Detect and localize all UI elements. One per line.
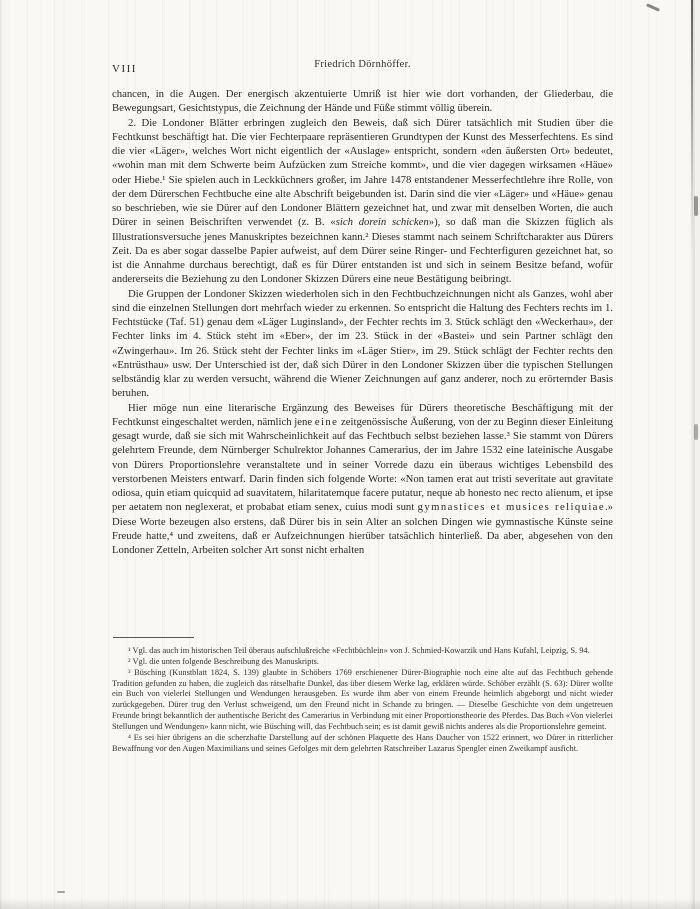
page-header: VIII Friedrich Dörnhöffer. <box>112 59 613 75</box>
main-text-block: chancen, in die Augen. Der energisch akz… <box>112 87 613 557</box>
scan-artifact-speck <box>646 3 660 11</box>
paragraph-2-londoner-blaetter: 2. Die Londoner Blätter erbringen zuglei… <box>112 116 613 287</box>
paragraph-gruppen-der-skizzen: Die Gruppen der Londoner Skizzen wiederh… <box>112 287 613 401</box>
footnote-1: ¹ Vgl. das auch im historischen Teil übe… <box>112 646 613 657</box>
scanned-book-page: VIII Friedrich Dörnhöffer. chancen, in d… <box>0 0 700 909</box>
paragraph-continuation: chancen, in die Augen. Der energisch akz… <box>112 87 613 116</box>
footnote-2: ² Vgl. die unten folgende Beschreibung d… <box>112 657 613 668</box>
running-header-title: Friedrich Dörnhöffer. <box>112 59 613 70</box>
scan-artifact-speck <box>694 424 698 440</box>
paragraph-literarische-ergaenzung: Hier möge nun eine literarische Ergänzun… <box>112 401 613 558</box>
footnotes-block: ¹ Vgl. das auch im historischen Teil übe… <box>112 646 613 754</box>
scan-artifact-speck <box>57 891 65 893</box>
scan-artifact-speck <box>694 196 698 216</box>
scan-artifact-right-shadow <box>689 0 695 909</box>
scan-artifact-bottom-shadow <box>0 899 700 909</box>
footnote-3: ³ Büsching (Kunstblatt 1824, S. 139) gla… <box>112 668 613 733</box>
page-number: VIII <box>112 63 137 75</box>
footnote-4: ⁴ Es sei hier übrigens an die scherzhaft… <box>112 733 613 755</box>
footnote-separator-rule <box>113 637 194 638</box>
